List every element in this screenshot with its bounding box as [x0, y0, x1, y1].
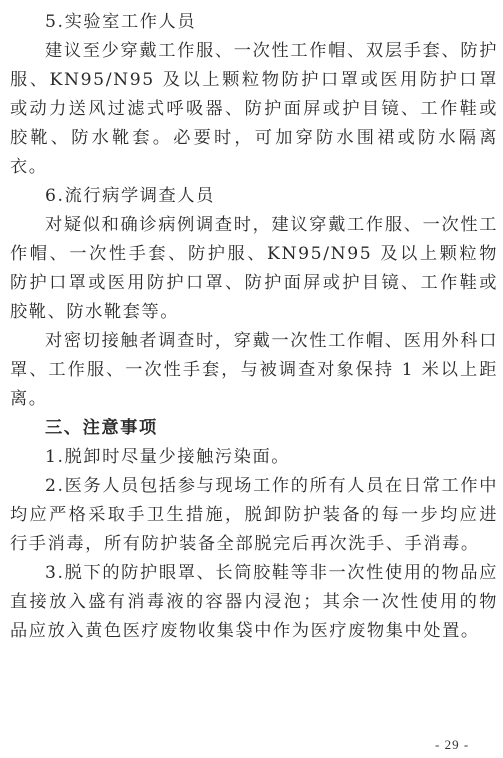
paragraph-close-contacts: 对密切接触者调查时，穿戴一次性工作帽、医用外科口罩、工作服、一次性手套，与被调查…: [10, 327, 498, 414]
note-item-1: 1.脱卸时尽量少接触污染面。: [10, 443, 498, 472]
note-item-2: 2.医务人员包括参与现场工作的所有人员在日常工作中均应严格采取手卫生措施，脱卸防…: [10, 472, 498, 559]
subheading-lab-staff: 5.实验室工作人员: [10, 8, 498, 37]
section-heading-notes: 三、注意事项: [10, 414, 498, 443]
note-item-3: 3.脱下的防护眼罩、长筒胶鞋等非一次性使用的物品应直接放入盛有消毒液的容器内浸泡…: [10, 559, 498, 646]
paragraph-lab-staff-ppe: 建议至少穿戴工作服、一次性工作帽、双层手套、防护服、KN95/N95 及以上颗粒…: [10, 37, 498, 182]
page-content: 5.实验室工作人员 建议至少穿戴工作服、一次性工作帽、双层手套、防护服、KN95…: [10, 8, 498, 646]
page-number: - 29 -: [435, 737, 469, 753]
subheading-epidemiology-staff: 6.流行病学调查人员: [10, 182, 498, 211]
document-page: 5.实验室工作人员 建议至少穿戴工作服、一次性工作帽、双层手套、防护服、KN95…: [0, 0, 503, 758]
paragraph-suspected-cases: 对疑似和确诊病例调查时，建议穿戴工作服、一次性工作帽、一次性手套、防护服、KN9…: [10, 211, 498, 327]
